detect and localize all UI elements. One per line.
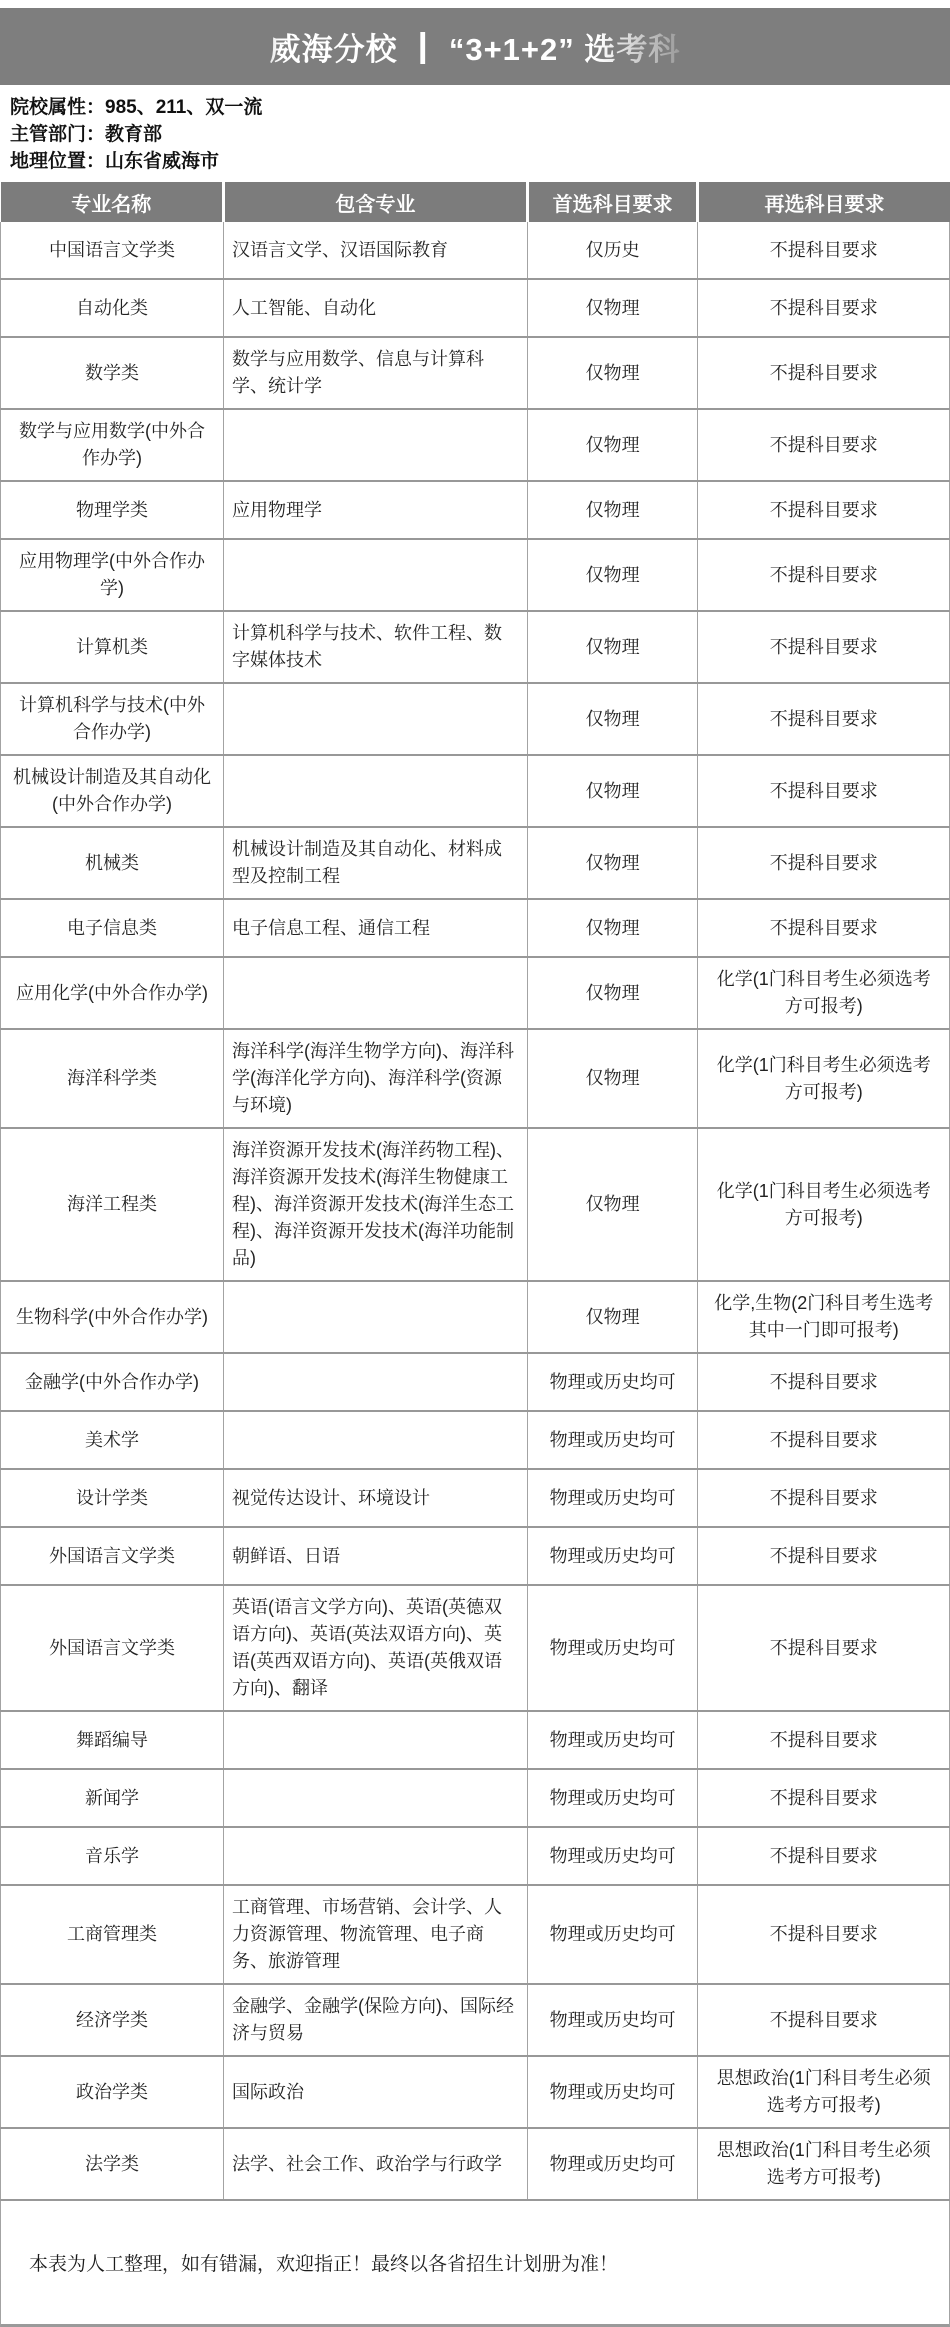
cell-first-subject: 仅物理 xyxy=(527,1281,698,1353)
cell-included-majors: 海洋科学(海洋生物学方向)、海洋科学(海洋化学方向)、海洋科学(资源与环境) xyxy=(224,1029,528,1128)
cell-first-subject: 物理或历史均可 xyxy=(527,1769,698,1827)
footer-note: 本表为人工整理，如有错漏，欢迎指正！最终以各省招生计划册为准！ xyxy=(29,2249,618,2276)
cell-second-subject: 思想政治(1门科目考生必须选考方可报考) xyxy=(698,2056,950,2128)
cell-included-majors: 电子信息工程、通信工程 xyxy=(224,899,528,957)
table-row: 计算机类计算机科学与技术、软件工程、数字媒体技术仅物理不提科目要求 xyxy=(1,611,950,683)
cell-included-majors xyxy=(224,683,528,755)
cell-major-name: 海洋工程类 xyxy=(1,1128,224,1281)
table-row: 生物科学(中外合作办学)仅物理化学,生物(2门科目考生选考其中一门即可报考) xyxy=(1,1281,950,1353)
cell-second-subject: 不提科目要求 xyxy=(698,1585,950,1711)
cell-first-subject: 仅物理 xyxy=(527,755,698,827)
cell-first-subject: 物理或历史均可 xyxy=(527,1469,698,1527)
table-row: 自动化类人工智能、自动化仅物理不提科目要求 xyxy=(1,279,950,337)
cell-included-majors: 应用物理学 xyxy=(224,481,528,539)
cell-major-name: 金融学(中外合作办学) xyxy=(1,1353,224,1411)
info-label: 地理位置： xyxy=(10,151,105,172)
cell-major-name: 中国语言文学类 xyxy=(1,222,224,279)
cell-major-name: 经济学类 xyxy=(1,1984,224,2056)
cell-major-name: 应用化学(中外合作办学) xyxy=(1,957,224,1029)
info-value: 山东省威海市 xyxy=(105,151,219,172)
info-line-attributes: 院校属性：985、211、双一流 xyxy=(10,94,940,121)
cell-second-subject: 不提科目要求 xyxy=(698,279,950,337)
cell-major-name: 电子信息类 xyxy=(1,899,224,957)
table-row: 工商管理类工商管理、市场营销、会计学、人力资源管理、物流管理、电子商务、旅游管理… xyxy=(1,1885,950,1984)
cell-major-name: 海洋科学类 xyxy=(1,1029,224,1128)
table-row: 计算机科学与技术(中外合作办学)仅物理不提科目要求 xyxy=(1,683,950,755)
cell-first-subject: 仅物理 xyxy=(527,683,698,755)
cell-second-subject: 不提科目要求 xyxy=(698,1984,950,2056)
cell-major-name: 计算机类 xyxy=(1,611,224,683)
cell-first-subject: 物理或历史均可 xyxy=(527,1711,698,1769)
table-row: 新闻学物理或历史均可不提科目要求 xyxy=(1,1769,950,1827)
cell-included-majors xyxy=(224,1281,528,1353)
cell-second-subject: 化学,生物(2门科目考生选考其中一门即可报考) xyxy=(698,1281,950,1353)
table-row: 舞蹈编导物理或历史均可不提科目要求 xyxy=(1,1711,950,1769)
cell-included-majors xyxy=(224,957,528,1029)
cell-included-majors: 视觉传达设计、环境设计 xyxy=(224,1469,528,1527)
cell-major-name: 机械类 xyxy=(1,827,224,899)
cell-included-majors xyxy=(224,1769,528,1827)
top-margin-strip xyxy=(0,0,950,8)
cell-included-majors xyxy=(224,1711,528,1769)
table-row: 经济学类金融学、金融学(保险方向)、国际经济与贸易物理或历史均可不提科目要求 xyxy=(1,1984,950,2056)
cell-second-subject: 化学(1门科目考生必须选考方可报考) xyxy=(698,1029,950,1128)
cell-second-subject: 不提科目要求 xyxy=(698,683,950,755)
cell-second-subject: 思想政治(1门科目考生必须选考方可报考) xyxy=(698,2128,950,2200)
cell-included-majors: 国际政治 xyxy=(224,2056,528,2128)
cell-first-subject: 物理或历史均可 xyxy=(527,1984,698,2056)
cell-included-majors: 英语(语言文学方向)、英语(英德双语方向)、英语(英法双语方向)、英语(英西双语… xyxy=(224,1585,528,1711)
cell-first-subject: 物理或历史均可 xyxy=(527,1353,698,1411)
cell-second-subject: 不提科目要求 xyxy=(698,1527,950,1585)
cell-first-subject: 物理或历史均可 xyxy=(527,1527,698,1585)
cell-major-name: 舞蹈编导 xyxy=(1,1711,224,1769)
cell-second-subject: 不提科目要求 xyxy=(698,755,950,827)
majors-table-body: 中国语言文学类汉语言文学、汉语国际教育仅历史不提科目要求自动化类人工智能、自动化… xyxy=(1,222,950,2200)
cell-first-subject: 仅物理 xyxy=(527,957,698,1029)
cell-major-name: 数学类 xyxy=(1,337,224,409)
header-row: 专业名称 包含专业 首选科目要求 再选科目要求 xyxy=(1,182,950,222)
cell-major-name: 工商管理类 xyxy=(1,1885,224,1984)
cell-major-name: 机械设计制造及其自动化(中外合作办学) xyxy=(1,755,224,827)
cell-first-subject: 物理或历史均可 xyxy=(527,1585,698,1711)
table-row: 金融学(中外合作办学)物理或历史均可不提科目要求 xyxy=(1,1353,950,1411)
cell-included-majors xyxy=(224,539,528,611)
cell-second-subject: 不提科目要求 xyxy=(698,337,950,409)
cell-included-majors: 计算机科学与技术、软件工程、数字媒体技术 xyxy=(224,611,528,683)
cell-second-subject: 不提科目要求 xyxy=(698,409,950,481)
table-row: 物理学类应用物理学仅物理不提科目要求 xyxy=(1,481,950,539)
cell-second-subject: 不提科目要求 xyxy=(698,481,950,539)
table-row: 数学与应用数学(中外合作办学)仅物理不提科目要求 xyxy=(1,409,950,481)
cell-first-subject: 仅历史 xyxy=(527,222,698,279)
cell-second-subject: 不提科目要求 xyxy=(698,1353,950,1411)
cell-first-subject: 仅物理 xyxy=(527,481,698,539)
majors-table: 专业名称 包含专业 首选科目要求 再选科目要求 中国语言文学类汉语言文学、汉语国… xyxy=(0,182,950,2201)
info-label: 院校属性： xyxy=(10,97,105,118)
table-row: 海洋科学类海洋科学(海洋生物学方向)、海洋科学(海洋化学方向)、海洋科学(资源与… xyxy=(1,1029,950,1128)
cell-included-majors: 汉语言文学、汉语国际教育 xyxy=(224,222,528,279)
table-row: 设计学类视觉传达设计、环境设计物理或历史均可不提科目要求 xyxy=(1,1469,950,1527)
cell-major-name: 音乐学 xyxy=(1,1827,224,1885)
cell-first-subject: 仅物理 xyxy=(527,539,698,611)
cell-major-name: 生物科学(中外合作办学) xyxy=(1,1281,224,1353)
cell-included-majors xyxy=(224,1827,528,1885)
cell-first-subject: 物理或历史均可 xyxy=(527,1885,698,1984)
header-first-subject: 首选科目要求 xyxy=(527,182,698,222)
cell-included-majors xyxy=(224,409,528,481)
table-row: 中国语言文学类汉语言文学、汉语国际教育仅历史不提科目要求 xyxy=(1,222,950,279)
header-second-subject: 再选科目要求 xyxy=(698,182,950,222)
table-row: 政治学类国际政治物理或历史均可思想政治(1门科目考生必须选考方可报考) xyxy=(1,2056,950,2128)
cell-major-name: 外国语言文学类 xyxy=(1,1527,224,1585)
cell-major-name: 美术学 xyxy=(1,1411,224,1469)
cell-included-majors: 金融学、金融学(保险方向)、国际经济与贸易 xyxy=(224,1984,528,2056)
cell-included-majors: 数学与应用数学、信息与计算科学、统计学 xyxy=(224,337,528,409)
cell-major-name: 计算机科学与技术(中外合作办学) xyxy=(1,683,224,755)
cell-first-subject: 物理或历史均可 xyxy=(527,2056,698,2128)
table-row: 电子信息类电子信息工程、通信工程仅物理不提科目要求 xyxy=(1,899,950,957)
cell-included-majors: 人工智能、自动化 xyxy=(224,279,528,337)
school-info-block: 院校属性：985、211、双一流 主管部门：教育部 地理位置：山东省威海市 xyxy=(0,85,950,182)
cell-major-name: 法学类 xyxy=(1,2128,224,2200)
table-row: 音乐学物理或历史均可不提科目要求 xyxy=(1,1827,950,1885)
info-line-location: 地理位置：山东省威海市 xyxy=(10,148,940,175)
cell-included-majors: 工商管理、市场营销、会计学、人力资源管理、物流管理、电子商务、旅游管理 xyxy=(224,1885,528,1984)
page-title: 威海分校 ┃ “3+1+2” 选考科 xyxy=(270,24,681,69)
cell-major-name: 新闻学 xyxy=(1,1769,224,1827)
table-row: 海洋工程类海洋资源开发技术(海洋药物工程)、海洋资源开发技术(海洋生物健康工程)… xyxy=(1,1128,950,1281)
cell-major-name: 设计学类 xyxy=(1,1469,224,1527)
cell-first-subject: 物理或历史均可 xyxy=(527,2128,698,2200)
cell-second-subject: 不提科目要求 xyxy=(698,1411,950,1469)
cell-included-majors: 法学、社会工作、政治学与行政学 xyxy=(224,2128,528,2200)
cell-second-subject: 化学(1门科目考生必须选考方可报考) xyxy=(698,957,950,1029)
title-banner: 威海分校 ┃ “3+1+2” 选考科 xyxy=(0,8,950,85)
table-row: 应用物理学(中外合作办学)仅物理不提科目要求 xyxy=(1,539,950,611)
cell-major-name: 数学与应用数学(中外合作办学) xyxy=(1,409,224,481)
cell-major-name: 自动化类 xyxy=(1,279,224,337)
info-value: 教育部 xyxy=(105,124,162,145)
table-row: 法学类法学、社会工作、政治学与行政学物理或历史均可思想政治(1门科目考生必须选考… xyxy=(1,2128,950,2200)
info-label: 主管部门： xyxy=(10,124,105,145)
cell-first-subject: 仅物理 xyxy=(527,611,698,683)
info-line-department: 主管部门：教育部 xyxy=(10,121,940,148)
cell-second-subject: 不提科目要求 xyxy=(698,899,950,957)
table-row: 美术学物理或历史均可不提科目要求 xyxy=(1,1411,950,1469)
table-row: 数学类数学与应用数学、信息与计算科学、统计学仅物理不提科目要求 xyxy=(1,337,950,409)
cell-second-subject: 不提科目要求 xyxy=(698,611,950,683)
cell-included-majors: 朝鲜语、日语 xyxy=(224,1527,528,1585)
cell-second-subject: 不提科目要求 xyxy=(698,1885,950,1984)
info-value: 985、211、双一流 xyxy=(105,97,262,118)
footer-box: 本表为人工整理，如有错漏，欢迎指正！最终以各省招生计划册为准！ xyxy=(0,2201,950,2327)
cell-second-subject: 不提科目要求 xyxy=(698,1769,950,1827)
cell-second-subject: 不提科目要求 xyxy=(698,827,950,899)
cell-included-majors xyxy=(224,1353,528,1411)
cell-first-subject: 仅物理 xyxy=(527,827,698,899)
table-row: 外国语言文学类朝鲜语、日语物理或历史均可不提科目要求 xyxy=(1,1527,950,1585)
cell-major-name: 政治学类 xyxy=(1,2056,224,2128)
table-row: 应用化学(中外合作办学)仅物理化学(1门科目考生必须选考方可报考) xyxy=(1,957,950,1029)
cell-first-subject: 仅物理 xyxy=(527,1029,698,1128)
cell-second-subject: 不提科目要求 xyxy=(698,1469,950,1527)
cell-second-subject: 化学(1门科目考生必须选考方可报考) xyxy=(698,1128,950,1281)
cell-major-name: 外国语言文学类 xyxy=(1,1585,224,1711)
cell-included-majors xyxy=(224,1411,528,1469)
cell-included-majors: 海洋资源开发技术(海洋药物工程)、海洋资源开发技术(海洋生物健康工程)、海洋资源… xyxy=(224,1128,528,1281)
majors-table-header: 专业名称 包含专业 首选科目要求 再选科目要求 xyxy=(1,182,950,222)
header-included-majors: 包含专业 xyxy=(224,182,528,222)
cell-first-subject: 仅物理 xyxy=(527,279,698,337)
cell-major-name: 物理学类 xyxy=(1,481,224,539)
cell-second-subject: 不提科目要求 xyxy=(698,1827,950,1885)
cell-included-majors: 机械设计制造及其自动化、材料成型及控制工程 xyxy=(224,827,528,899)
header-major-name: 专业名称 xyxy=(1,182,224,222)
table-row: 外国语言文学类英语(语言文学方向)、英语(英德双语方向)、英语(英法双语方向)、… xyxy=(1,1585,950,1711)
cell-first-subject: 仅物理 xyxy=(527,409,698,481)
cell-major-name: 应用物理学(中外合作办学) xyxy=(1,539,224,611)
table-row: 机械类机械设计制造及其自动化、材料成型及控制工程仅物理不提科目要求 xyxy=(1,827,950,899)
cell-first-subject: 仅物理 xyxy=(527,1128,698,1281)
cell-included-majors xyxy=(224,755,528,827)
cell-first-subject: 物理或历史均可 xyxy=(527,1827,698,1885)
cell-first-subject: 仅物理 xyxy=(527,337,698,409)
table-row: 机械设计制造及其自动化(中外合作办学)仅物理不提科目要求 xyxy=(1,755,950,827)
cell-second-subject: 不提科目要求 xyxy=(698,539,950,611)
cell-first-subject: 物理或历史均可 xyxy=(527,1411,698,1469)
cell-second-subject: 不提科目要求 xyxy=(698,1711,950,1769)
cell-second-subject: 不提科目要求 xyxy=(698,222,950,279)
cell-first-subject: 仅物理 xyxy=(527,899,698,957)
